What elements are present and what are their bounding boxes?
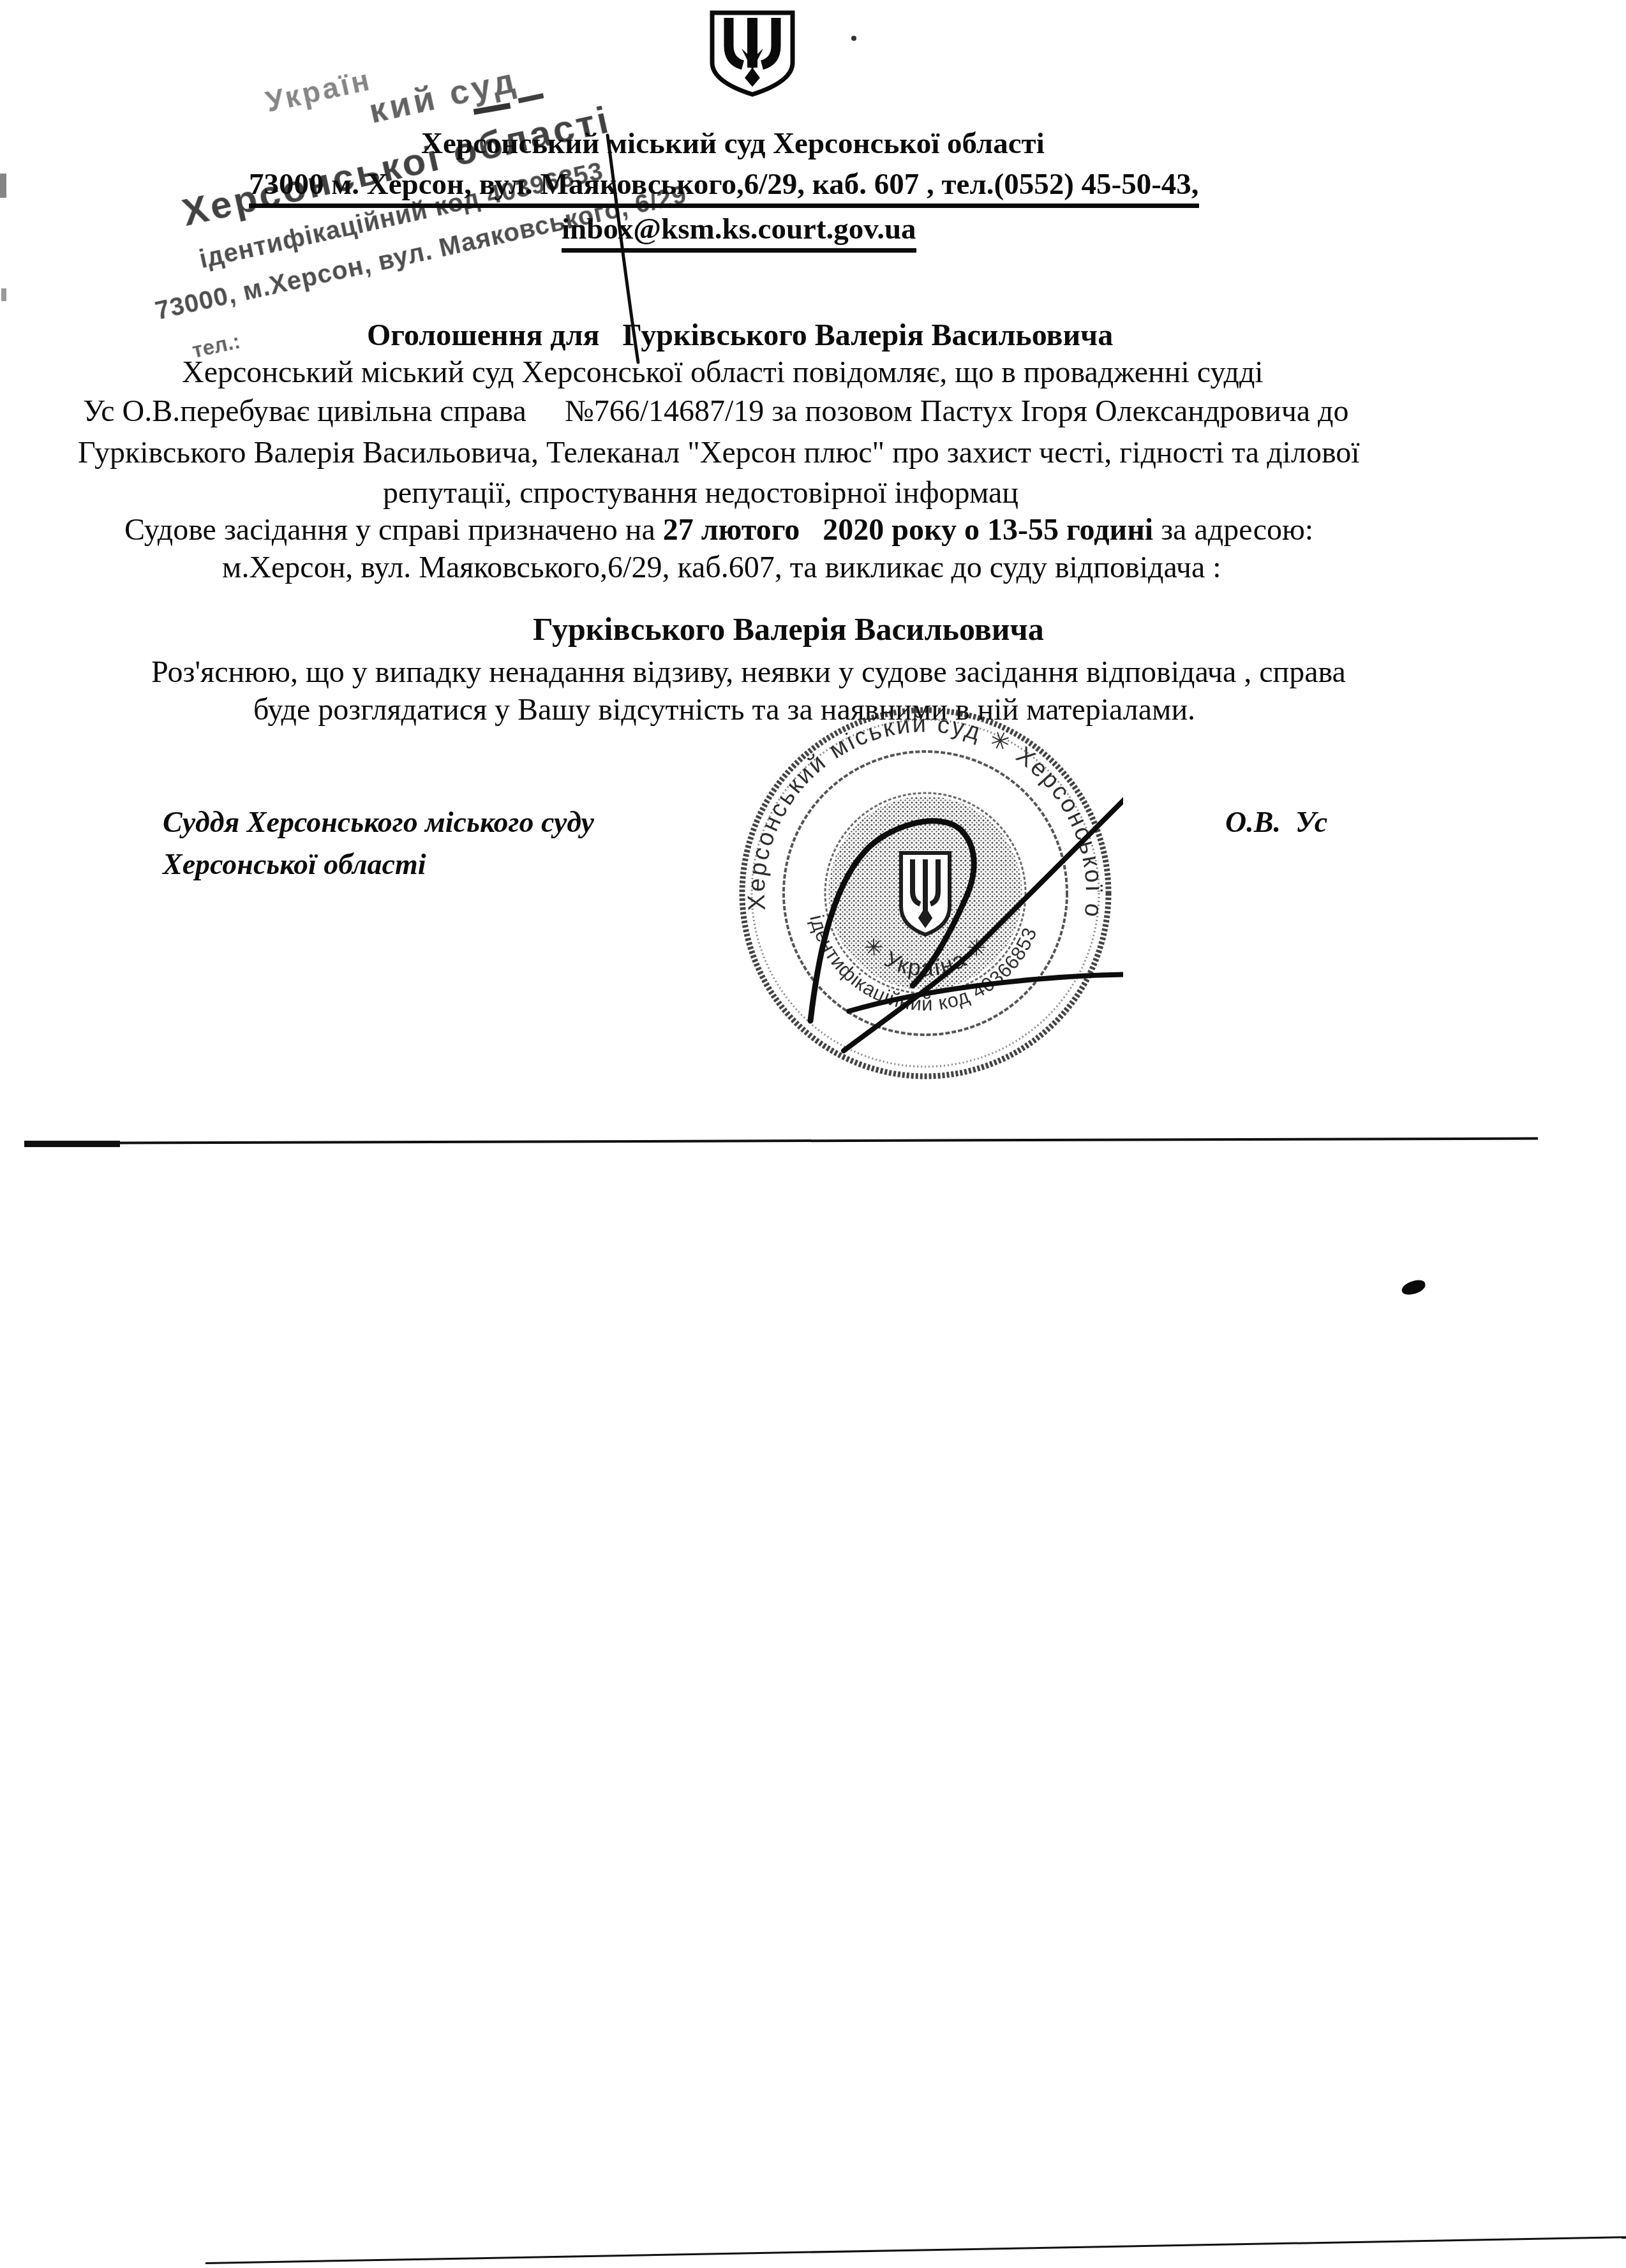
- defendant-name: Гурківського Валерія Васильовича: [533, 611, 1044, 648]
- round-court-seal: Херсонський міський суд ✳ Херсонської об…: [727, 699, 1123, 1094]
- scanned-court-document-page: Україн кий суд Херсонської області ідент…: [0, 0, 1626, 2268]
- horizontal-scan-line: [24, 1138, 1538, 1145]
- hearing-date-post: за адресою:: [1153, 513, 1313, 547]
- horizontal-scan-line-thick-end: [24, 1141, 120, 1147]
- body-line: Херсонський міський суд Херсонської обла…: [182, 355, 1264, 390]
- body-line: Гурківського Валерія Васильовича, Телека…: [78, 435, 1360, 470]
- body-line: Роз'яснюю, що у випадку ненадання відзив…: [151, 655, 1346, 690]
- corner-stamp-line: Україн: [262, 63, 375, 119]
- hearing-date-line: Судове засідання у справі призначено на …: [124, 512, 1313, 547]
- judge-title-line2: Херсонської області: [163, 847, 426, 881]
- court-name-header: Херсонський міський суд Херсонської обла…: [421, 126, 1045, 161]
- hearing-date-bold: 27 лютого 2020 року о 13-55 годині: [663, 513, 1153, 547]
- paper-edge-scan-line: [205, 2236, 1626, 2264]
- ink-speck: [851, 36, 856, 41]
- judge-title-line1: Суддя Херсонського міського суду: [163, 805, 594, 839]
- scan-edge-speck: [0, 174, 6, 198]
- body-line: м.Херсон, вул. Маяковського,6/29, каб.60…: [222, 550, 1221, 585]
- ink-blot: [1400, 1279, 1427, 1297]
- announcement-title: Оголошення для Гурківського Валерія Васи…: [367, 318, 1113, 353]
- body-line: репутації, спростування недостовірної ін…: [383, 475, 1018, 510]
- body-line: Ус О.В.перебуває цивільна справа №766/14…: [83, 394, 1349, 429]
- judge-initials: О.В. Ус: [1225, 805, 1327, 839]
- scan-edge-speck: [1, 288, 6, 301]
- hearing-date-pre: Судове засідання у справі призначено на: [124, 513, 663, 547]
- court-address-line: 73000 м. Херсон, вул. Маяковського,6/29,…: [249, 167, 1199, 208]
